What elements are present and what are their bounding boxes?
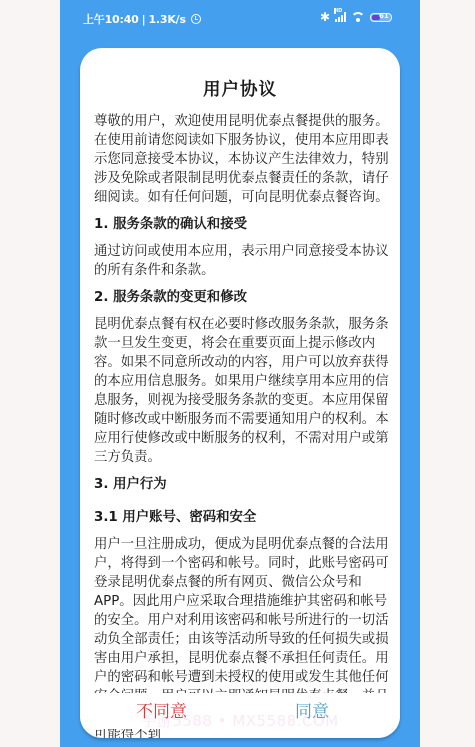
alarm-icon xyxy=(191,14,201,24)
status-time: 上午10:40 xyxy=(83,11,139,27)
dialog-title: 用户协议 xyxy=(80,76,400,101)
disagree-button[interactable]: 不同意 xyxy=(136,697,187,722)
battery-level: 61 xyxy=(379,12,389,20)
status-bar: 上午10:40 | 1.3K/s ✱ HD 61 xyxy=(60,0,420,36)
status-left: 上午10:40 | 1.3K/s xyxy=(83,11,201,27)
network-speed: 1.3K/s xyxy=(148,13,185,26)
section-heading-2: 2. 服务条款的变更和修改 xyxy=(94,288,390,307)
phone-screen: 上午10:40 | 1.3K/s ✱ HD 61 用户协议 尊敬的用户，欢迎使用… xyxy=(60,0,420,747)
agreement-content[interactable]: 尊敬的用户，欢迎使用昆明优泰点餐提供的服务。在使用前请您阅读如下服务协议，使用本… xyxy=(94,112,390,738)
section-heading-1: 1. 服务条款的确认和接受 xyxy=(94,215,390,234)
wifi-icon xyxy=(351,12,365,22)
user-agreement-dialog: 用户协议 尊敬的用户，欢迎使用昆明优泰点餐提供的服务。在使用前请您阅读如下服务协… xyxy=(80,48,400,738)
section-heading-3-1: 3.1 用户账号、密码和安全 xyxy=(94,508,390,527)
status-right: ✱ HD 61 xyxy=(320,10,392,24)
section-paragraph-2: 昆明优泰点餐有权在必要时修改服务条款，服务条款一旦发生变更，将会在重要页面上提示… xyxy=(94,315,390,467)
battery-icon: 61 xyxy=(370,13,392,22)
intro-paragraph: 尊敬的用户，欢迎使用昆明优泰点餐提供的服务。在使用前请您阅读如下服务协议，使用本… xyxy=(94,112,390,207)
hd-signal-icon: HD xyxy=(335,12,346,22)
status-separator: | xyxy=(142,13,146,26)
dialog-buttons: 不同意 同意 xyxy=(80,693,400,729)
section-heading-3: 3. 用户行为 xyxy=(94,475,390,494)
hd-label: HD xyxy=(334,8,336,14)
section-paragraph-1: 通过访问或使用本应用，表示用户同意接受本协议的所有条件和条款。 xyxy=(94,242,390,280)
agree-button[interactable]: 同意 xyxy=(295,697,329,722)
bluetooth-icon: ✱ xyxy=(320,10,330,24)
